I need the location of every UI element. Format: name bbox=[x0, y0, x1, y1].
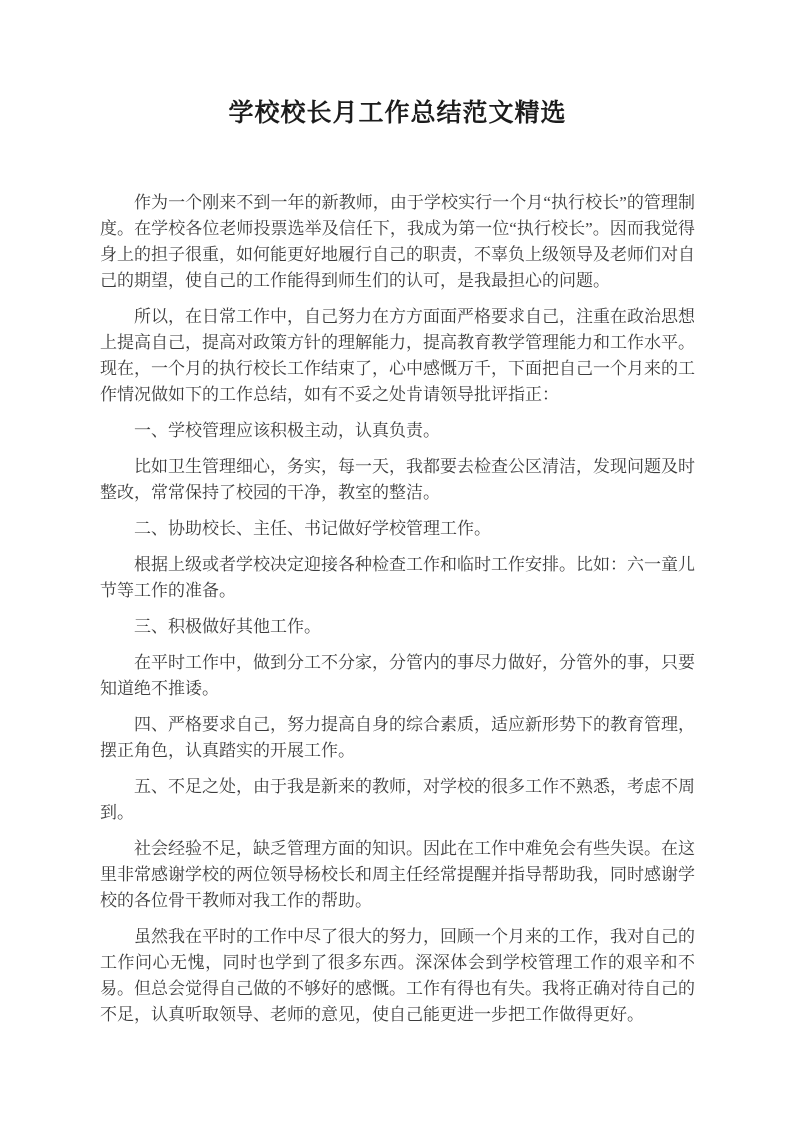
body-paragraph: 社会经验不足，缺乏管理方面的知识。因此在工作中难免会有些失误。在这里非常感谢学校… bbox=[100, 836, 695, 914]
section-heading-2: 二、协助校长、主任、书记做好学校管理工作。 bbox=[100, 516, 695, 542]
body-paragraph: 作为一个刚来不到一年的新教师，由于学校实行一个月“执行校长”的管理制度。在学校各… bbox=[100, 190, 695, 294]
body-paragraph: 虽然我在平时的工作中尽了很大的努力，回顾一个月来的工作，我对自己的工作问心无愧，… bbox=[100, 924, 695, 1028]
section-heading-3: 三、积极做好其他工作。 bbox=[100, 614, 695, 640]
body-paragraph: 在平时工作中，做到分工不分家，分管内的事尽力做好，分管外的事，只要知道绝不推诿。 bbox=[100, 650, 695, 702]
page-title: 学校校长月工作总结范文精选 bbox=[100, 97, 695, 130]
body-paragraph: 根据上级或者学校决定迎接各种检查工作和临时工作安排。比如：六一童儿节等工作的准备… bbox=[100, 552, 695, 604]
section-heading-4: 四、严格要求自己，努力提高自身的综合素质，适应新形势下的教育管理，摆正角色，认真… bbox=[100, 712, 695, 764]
section-heading-1: 一、学校管理应该积极主动，认真负责。 bbox=[100, 418, 695, 444]
body-paragraph: 所以，在日常工作中，自己努力在方方面面严格要求自己，注重在政治思想上提高自己，提… bbox=[100, 304, 695, 408]
document-page: 学校校长月工作总结范文精选 作为一个刚来不到一年的新教师，由于学校实行一个月“执… bbox=[0, 0, 793, 1122]
body-paragraph: 比如卫生管理细心，务实，每一天，我都要去检查公区清洁，发现问题及时整改，常常保持… bbox=[100, 454, 695, 506]
section-heading-5: 五、不足之处，由于我是新来的教师，对学校的很多工作不熟悉，考虑不周到。 bbox=[100, 774, 695, 826]
